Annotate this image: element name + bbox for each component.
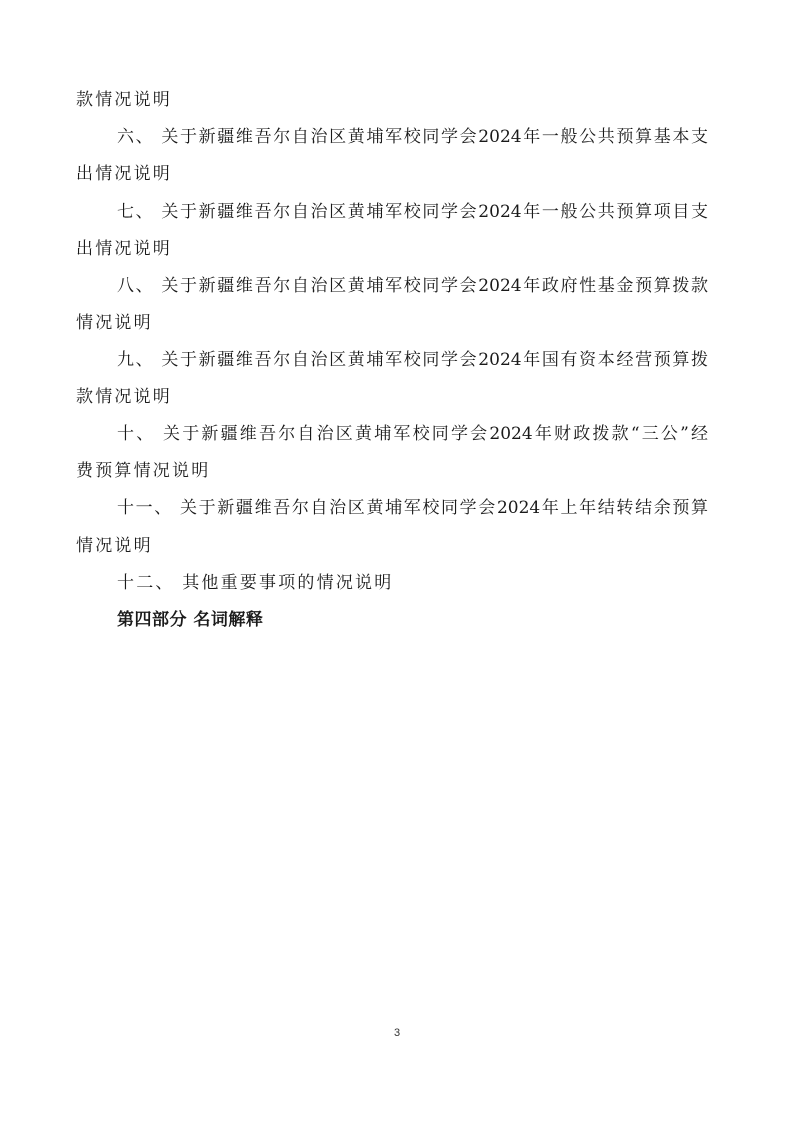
continuation-line: 款情况说明 bbox=[76, 90, 172, 110]
list-item-12: 十二、 其他重要事项的情况说明 bbox=[117, 573, 393, 593]
list-item-10: 十、 关于新疆维吾尔自治区黄埔军校同学会2024年财政拨款“三公”经 bbox=[117, 424, 708, 444]
list-item-7-wrap: 出情况说明 bbox=[76, 239, 172, 259]
list-item-7: 七、 关于新疆维吾尔自治区黄埔军校同学会2024年一般公共预算项目支 bbox=[117, 202, 708, 222]
list-item-9: 九、 关于新疆维吾尔自治区黄埔军校同学会2024年国有资本经营预算拨 bbox=[117, 350, 708, 370]
item-text: 关于新疆维吾尔自治区黄埔军校同学会2024年政府性基金预算拨款 bbox=[161, 276, 708, 296]
item-text: 关于新疆维吾尔自治区黄埔军校同学会2024年财政拨款“三公”经 bbox=[163, 424, 708, 444]
item-number: 十一、 bbox=[117, 498, 173, 518]
section-heading: 第四部分 名词解释 bbox=[117, 610, 263, 630]
list-item-9-wrap: 款情况说明 bbox=[76, 387, 172, 407]
item-text: 关于新疆维吾尔自治区黄埔军校同学会2024年上年结转结余预算 bbox=[180, 498, 708, 518]
list-item-11-wrap: 情况说明 bbox=[76, 536, 153, 556]
list-item-8-wrap: 情况说明 bbox=[76, 313, 153, 333]
item-number: 十二、 bbox=[117, 573, 175, 593]
list-item-6: 六、 关于新疆维吾尔自治区黄埔军校同学会2024年一般公共预算基本支 bbox=[117, 127, 708, 147]
item-number: 十、 bbox=[117, 424, 155, 444]
item-text: 关于新疆维吾尔自治区黄埔军校同学会2024年一般公共预算基本支 bbox=[161, 127, 708, 147]
item-text: 其他重要事项的情况说明 bbox=[182, 573, 393, 593]
item-number: 九、 bbox=[117, 350, 154, 370]
item-number: 八、 bbox=[117, 276, 154, 296]
item-number: 七、 bbox=[117, 202, 154, 222]
document-page: 款情况说明 六、 关于新疆维吾尔自治区黄埔军校同学会2024年一般公共预算基本支… bbox=[0, 0, 793, 1122]
list-item-11: 十一、 关于新疆维吾尔自治区黄埔军校同学会2024年上年结转结余预算 bbox=[117, 498, 708, 518]
list-item-10-wrap: 费预算情况说明 bbox=[76, 461, 210, 481]
list-item-8: 八、 关于新疆维吾尔自治区黄埔军校同学会2024年政府性基金预算拨款 bbox=[117, 276, 708, 296]
item-text: 关于新疆维吾尔自治区黄埔军校同学会2024年一般公共预算项目支 bbox=[161, 202, 708, 222]
list-item-6-wrap: 出情况说明 bbox=[76, 164, 172, 184]
item-text: 关于新疆维吾尔自治区黄埔军校同学会2024年国有资本经营预算拨 bbox=[161, 350, 708, 370]
item-number: 六、 bbox=[117, 127, 154, 147]
page-number: 3 bbox=[390, 1027, 404, 1039]
